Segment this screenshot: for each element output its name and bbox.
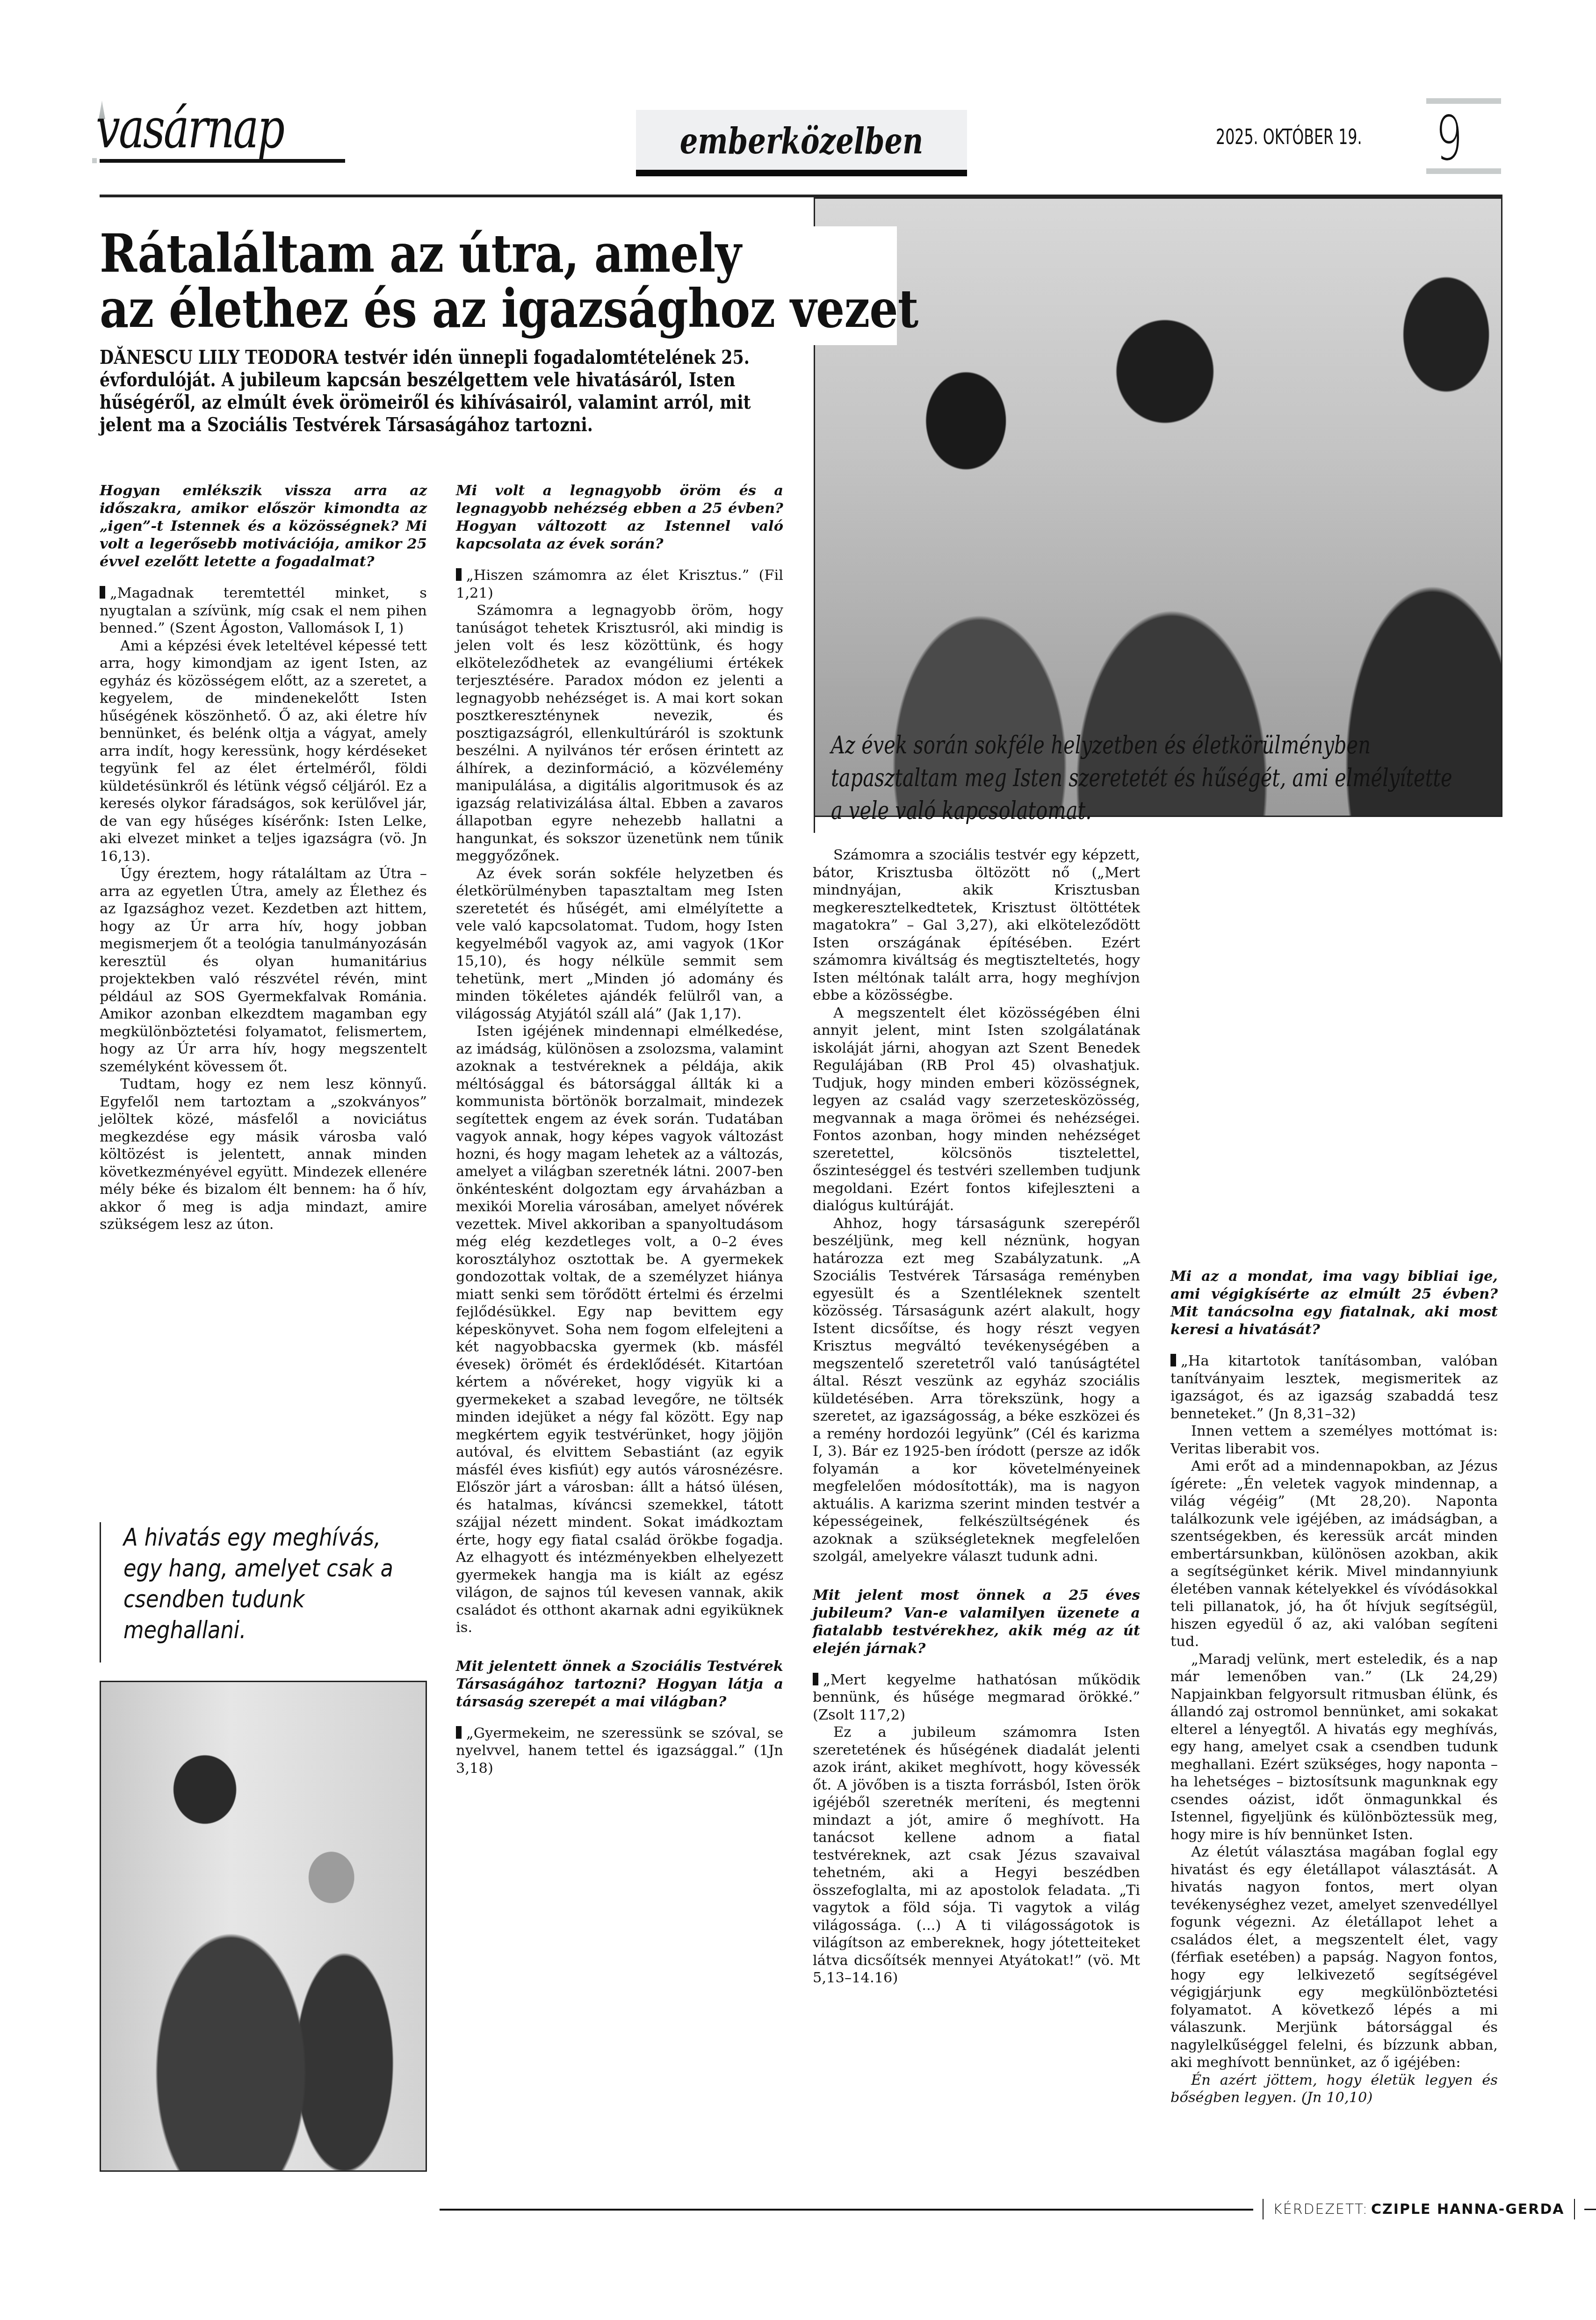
interview-question: Hogyan emlékszik vissza arra az időszakr… (100, 482, 427, 571)
closing-quote: Én azért jöttem, hogy életük legyen és b… (1170, 2072, 1498, 2107)
byline-label: KÉRDEZETT: (1273, 2201, 1368, 2218)
page-number-box: 9 (1426, 98, 1501, 174)
article-lead: DĂNESCU LILY TEODORA testvér idén ünnepl… (100, 346, 775, 436)
section-header: emberközelben (636, 110, 967, 170)
pull-quote-right: Az évek során sokféle helyzetben és élet… (814, 727, 1502, 833)
column-1: Hogyan emlékszik vissza arra az időszakr… (100, 482, 427, 1234)
answer-paragraph: Innen vettem a személyes mottómat is: Ve… (1170, 1423, 1498, 1458)
column-4: Mi az a mondat, ima vagy bibliai ige, am… (1170, 846, 1498, 2107)
byline-divider (1263, 2199, 1264, 2219)
answer-paragraph: Az évek során sokféle helyzetben és élet… (456, 865, 783, 1023)
headline-box: Rátaláltam az útra, amely az élethez és … (100, 226, 897, 345)
logo-underline (100, 159, 345, 163)
section-label: emberközelben (669, 120, 934, 162)
byline-tail-rule (1584, 2209, 1596, 2210)
interview-question: Mit jelent most önnek a 25 éves jubileum… (813, 1586, 1140, 1657)
answer-paragraph: Ami erőt ad a mindennapokban, az Jézus í… (1170, 1458, 1498, 1651)
issue-date: 2025. OKTÓBER 19. (1216, 125, 1362, 149)
answer-paragraph: „Magadnak teremtettél minket, s nyugtala… (100, 585, 427, 637)
logo-accent (92, 158, 97, 163)
answer-paragraph: „Ha kitartotok tanításomban, valóban tan… (1170, 1352, 1498, 1423)
lead-name: DĂNESCU LILY TEODORA (100, 346, 339, 369)
logo-text: vasárnap (96, 96, 283, 160)
answer-paragraph: Isten igéjének mindennapi elmélkedése, a… (456, 1023, 783, 1637)
answer-paragraph: „Mert kegyelme hathatósan működik bennün… (813, 1671, 1140, 1724)
answer-paragraph: Tudtam, hogy ez nem lesz könnyű. Egyfelő… (100, 1076, 427, 1234)
column-2: Mi volt a legnagyobb öröm és a legnagyob… (456, 482, 783, 1777)
headline-line-2: az élethez és az igazsághoz vezet (100, 282, 918, 337)
answer-paragraph: „Hiszen számomra az élet Krisztus.” (Fil… (456, 567, 783, 602)
answer-paragraph: „Maradj velünk, mert esteledik, és a nap… (1170, 1651, 1498, 1844)
answer-paragraph: A megszentelt élet közösségében élni ann… (813, 1005, 1140, 1215)
pull-quote-left-text: A hivatás egy meghívás, egy hang, amelye… (123, 1522, 413, 1646)
byline-divider (1574, 2199, 1575, 2219)
side-photo (100, 1681, 427, 2172)
byline: KÉRDEZETT: CZIPLE HANNA-GERDA (1253, 2198, 1596, 2220)
byline-author: CZIPLE HANNA-GERDA (1371, 2201, 1565, 2218)
interview-question: Mit jelentett önnek a Szociális Testvére… (456, 1657, 783, 1711)
section-underline (636, 170, 967, 176)
page-number-rule-bottom (1426, 168, 1501, 174)
page-number: 9 (1436, 103, 1463, 174)
headline-line-1: Rátaláltam az útra, amely (100, 226, 918, 282)
answer-paragraph: Ahhoz, hogy társaságunk szerepéről beszé… (813, 1215, 1140, 1566)
answer-paragraph: Az életút választása magában foglal egy … (1170, 1843, 1498, 2072)
answer-paragraph: Ami a képzési évek leteltével képessé te… (100, 637, 427, 866)
answer-paragraph: Úgy éreztem, hogy rátaláltam az Útra – a… (100, 865, 427, 1076)
newspaper-logo: vasárnap (96, 96, 348, 166)
pull-quote-left: A hivatás egy meghívás, egy hang, amelye… (100, 1522, 427, 1662)
interview-question: Mi az a mondat, ima vagy bibliai ige, am… (1170, 1267, 1498, 1338)
interview-question: Mi volt a legnagyobb öröm és a legnagyob… (456, 482, 783, 553)
footer-rule (440, 2209, 1253, 2211)
pull-quote-right-text: Az évek során sokféle helyzetben és élet… (831, 729, 1467, 827)
headline: Rátaláltam az útra, amely az élethez és … (100, 226, 918, 337)
answer-paragraph: „Gyermekeim, ne szeressünk se szóval, se… (456, 1725, 783, 1778)
answer-paragraph: Számomra a legnagyobb öröm, hogy tanúság… (456, 602, 783, 865)
answer-paragraph: Ez a jubileum számomra Isten szereteténe… (813, 1724, 1140, 1987)
column-3: Számomra a szociális testvér egy képzett… (813, 846, 1140, 1987)
answer-paragraph: Számomra a szociális testvér egy képzett… (813, 846, 1140, 1005)
